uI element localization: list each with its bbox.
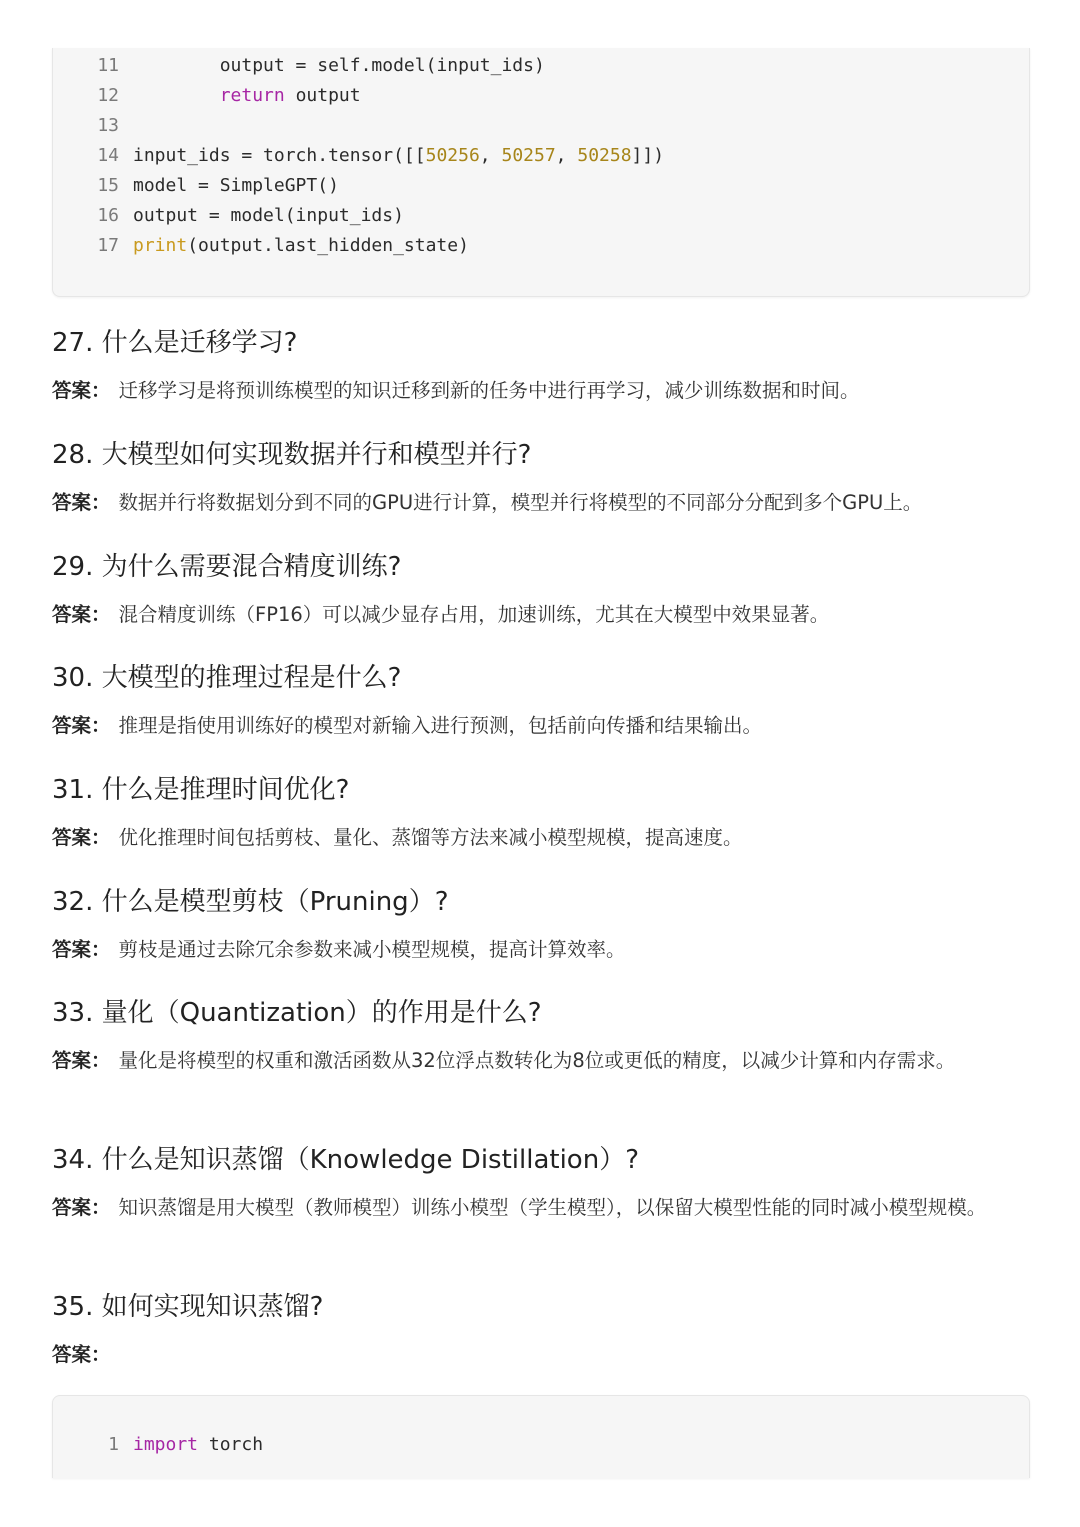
answer-text: 剪枝是通过去除冗余参数来减小模型规模，提高计算效率。 (119, 938, 626, 961)
code-text: , (556, 145, 578, 166)
code-number: 50258 (577, 145, 631, 166)
answer-31: 答案：优化推理时间包括剪枝、量化、蒸馏等方法来减小模型规模，提高速度。 (52, 820, 1027, 856)
line-number: 14 (53, 141, 133, 171)
answer-28: 答案：数据并行将数据划分到不同的GPU进行计算，模型并行将模型的不同部分分配到多… (52, 485, 1027, 521)
answer-32: 答案：剪枝是通过去除冗余参数来减小模型规模，提高计算效率。 (52, 932, 1027, 968)
code-builtin: print (133, 235, 187, 256)
answer-text: 量化是将模型的权重和激活函数从32位浮点数转化为8位或更低的精度，以减少计算和内… (119, 1049, 956, 1072)
question-heading-31: 31. 什么是推理时间优化? (52, 773, 349, 807)
answer-27: 答案：迁移学习是将预训练模型的知识迁移到新的任务中进行再学习，减少训练数据和时间… (52, 373, 1027, 409)
line-number: 13 (53, 111, 133, 141)
line-number: 16 (53, 201, 133, 231)
code-number: 50257 (501, 145, 555, 166)
question-heading-29: 29. 为什么需要混合精度训练? (52, 550, 401, 584)
answer-text: 迁移学习是将预训练模型的知识迁移到新的任务中进行再学习，减少训练数据和时间。 (119, 379, 860, 402)
line-number: 17 (53, 231, 133, 261)
code-text: output = self.model(input_ids) (220, 55, 545, 76)
code-number: 50256 (426, 145, 480, 166)
answer-text: 数据并行将数据划分到不同的GPU进行计算，模型并行将模型的不同部分分配到多个GP… (119, 491, 923, 514)
code-line: 16output = model(input_ids) (53, 201, 404, 231)
answer-text: 混合精度训练（FP16）可以减少显存占用，加速训练，尤其在大模型中效果显著。 (119, 603, 830, 626)
answer-30: 答案：推理是指使用训练好的模型对新输入进行预测，包括前向传播和结果输出。 (52, 708, 1027, 744)
question-heading-34: 34. 什么是知识蒸馏（Knowledge Distillation）? (52, 1143, 639, 1177)
question-heading-30: 30. 大模型的推理过程是什么? (52, 661, 401, 695)
code-text: , (480, 145, 502, 166)
code-text: output = model(input_ids) (133, 205, 404, 226)
answer-29: 答案：混合精度训练（FP16）可以减少显存占用，加速训练，尤其在大模型中效果显著… (52, 597, 1027, 633)
line-number: 1 (53, 1430, 133, 1460)
code-text: output (285, 85, 361, 106)
answer-label: 答案： (52, 603, 111, 626)
question-heading-27: 27. 什么是迁移学习? (52, 326, 297, 360)
code-text: (output.last_hidden_state) (187, 235, 469, 256)
code-block-simplegpt: 11 output = self.model(input_ids)12 retu… (52, 48, 1030, 297)
code-line: 14input_ids = torch.tensor([[50256, 5025… (53, 141, 664, 171)
answer-label: 答案： (52, 938, 111, 961)
code-block-distillation: 1import torch (52, 1395, 1030, 1478)
answer-33: 答案：量化是将模型的权重和激活函数从32位浮点数转化为8位或更低的精度，以减少计… (52, 1043, 1027, 1079)
code-text: input_ids = torch.tensor([[ (133, 145, 426, 166)
line-number: 11 (53, 51, 133, 81)
code-line: 1import torch (53, 1430, 263, 1460)
code-line: 15model = SimpleGPT() (53, 171, 339, 201)
answer-label: 答案： (52, 1049, 111, 1072)
code-keyword: import (133, 1434, 198, 1455)
question-heading-33: 33. 量化（Quantization）的作用是什么? (52, 996, 542, 1030)
line-number: 12 (53, 81, 133, 111)
answer-text: 知识蒸馏是用大模型（教师模型）训练小模型（学生模型），以保留大模型性能的同时减小… (119, 1196, 987, 1219)
code-text: ]]) (632, 145, 665, 166)
code-text: model = SimpleGPT() (133, 175, 339, 196)
answer-label: 答案： (52, 1343, 111, 1366)
question-heading-32: 32. 什么是模型剪枝（Pruning）? (52, 885, 449, 919)
answer-label: 答案： (52, 491, 111, 514)
answer-text: 优化推理时间包括剪枝、量化、蒸馏等方法来减小模型规模，提高速度。 (119, 826, 743, 849)
line-number: 15 (53, 171, 133, 201)
code-line: 12 return output (53, 81, 361, 111)
code-line: 17print(output.last_hidden_state) (53, 231, 469, 261)
answer-34: 答案：知识蒸馏是用大模型（教师模型）训练小模型（学生模型），以保留大模型性能的同… (52, 1190, 1027, 1226)
code-line: 13 (53, 111, 133, 141)
question-heading-35: 35. 如何实现知识蒸馏? (52, 1290, 323, 1324)
code-keyword: return (220, 85, 285, 106)
code-line: 11 output = self.model(input_ids) (53, 51, 545, 81)
answer-label: 答案： (52, 714, 111, 737)
answer-text: 推理是指使用训练好的模型对新输入进行预测，包括前向传播和结果输出。 (119, 714, 763, 737)
answer-label: 答案： (52, 826, 111, 849)
answer-label: 答案： (52, 379, 111, 402)
code-text: torch (198, 1434, 263, 1455)
answer-label: 答案： (52, 1196, 111, 1219)
question-heading-28: 28. 大模型如何实现数据并行和模型并行? (52, 438, 531, 472)
answer-35: 答案： (52, 1337, 1027, 1373)
